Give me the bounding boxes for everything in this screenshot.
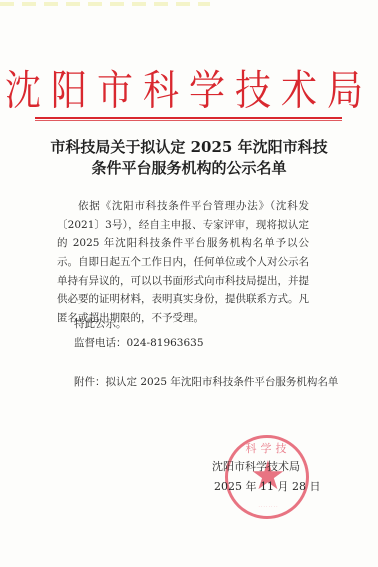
phone-label: 监督电话： [74, 337, 127, 349]
scan-artifact [0, 2, 210, 6]
signature-date: 2025 年 11 月 28 日 [214, 478, 320, 494]
closing-text: 特此公示。 [74, 316, 127, 331]
supervision-phone: 监督电话：024-81963635 [74, 335, 204, 350]
seal-code: · · · · · · · · [242, 504, 294, 509]
document-title-line-1: 市科技局关于拟认定 2025 年沈阳市科技 [0, 137, 378, 158]
attachment-note: 附件：拟认定 2025 年沈阳市科技条件平台服务机构名单 [74, 374, 338, 389]
document-title: 市科技局关于拟认定 2025 年沈阳市科技 条件平台服务机构的公示名单 [0, 137, 378, 179]
header-rule-thick [35, 117, 342, 119]
official-seal-icon: 科学技 ★ · · · · · · · · [225, 435, 309, 519]
header-organization: 沈阳市科学技术局 [0, 67, 378, 118]
document-title-line-2: 条件平台服务机构的公示名单 [0, 158, 378, 179]
header-rule-thin [35, 120, 342, 121]
signature-organization: 沈阳市科学技术局 [212, 458, 300, 474]
phone-number: 024-81963635 [127, 337, 204, 349]
